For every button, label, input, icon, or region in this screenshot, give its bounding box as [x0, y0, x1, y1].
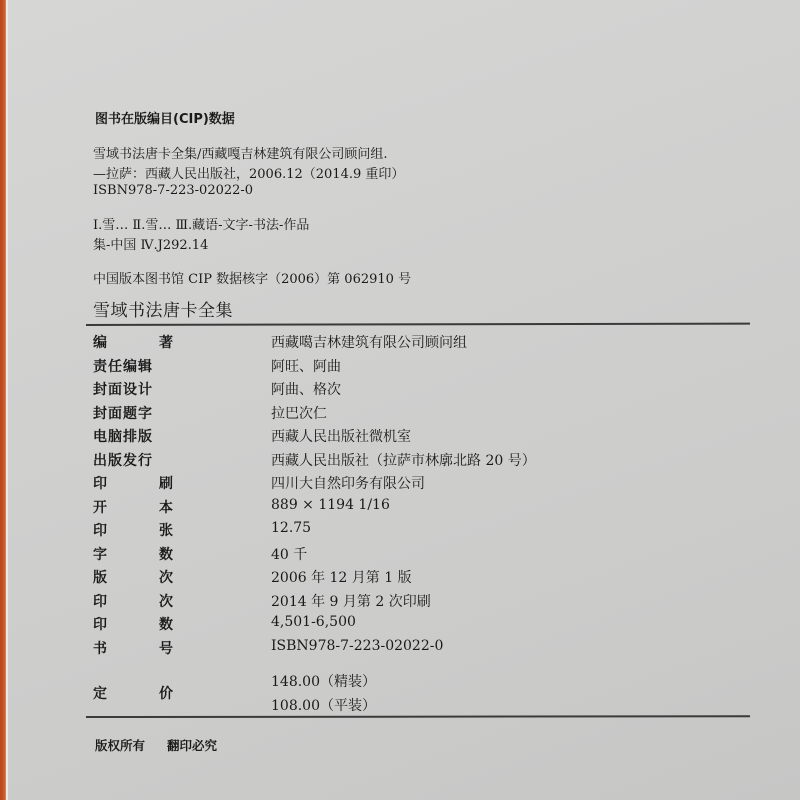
- detail-label: 封面设计: [93, 379, 173, 399]
- detail-label-text: 责任编辑: [93, 356, 153, 376]
- detail-value: 西藏噶吉林建筑有限公司顾问组: [271, 332, 467, 352]
- detail-label: 出版发行: [93, 450, 173, 470]
- price-label-char: 定: [93, 683, 107, 703]
- detail-label-text: 电脑排版: [93, 426, 153, 446]
- detail-value: 阿曲、格次: [271, 379, 341, 399]
- cip-line-subjects: Ⅰ.雪… Ⅱ.雪… Ⅲ.藏语-文字-书法-作品: [93, 214, 309, 233]
- detail-label: 编著: [93, 332, 173, 352]
- detail-value: 2006 年 12 月第 1 版: [271, 567, 412, 587]
- cip-number: 中国版本图书馆 CIP 数据核字（2006）第 062910 号: [93, 268, 411, 287]
- cip-header: 图书在版编目(CIP)数据: [95, 108, 235, 127]
- detail-label-text: 封面设计: [93, 379, 153, 399]
- detail-label: 字数: [93, 544, 173, 564]
- copyright-notice: 版权所有翻印必究: [95, 736, 217, 754]
- detail-label-text: 印: [93, 520, 107, 540]
- copyright-reserved: 版权所有: [95, 738, 145, 753]
- detail-label-text: 出版发行: [93, 450, 153, 470]
- page-edge-highlight: [6, 0, 8, 800]
- detail-label: 印次: [93, 591, 173, 611]
- book-title: 雪域书法唐卡全集: [93, 296, 233, 321]
- price-paperback: 108.00（平装）: [271, 695, 376, 715]
- table-top-rule: [86, 323, 750, 326]
- cip-line-classification: 集-中国 Ⅳ.J292.14: [93, 234, 208, 253]
- detail-label: 版次: [93, 567, 173, 587]
- detail-label-text: 开: [93, 497, 107, 517]
- detail-label: 书号: [93, 638, 173, 658]
- detail-label: 责任编辑: [93, 356, 173, 376]
- detail-label-text: 著: [159, 332, 173, 352]
- detail-label-text: 印: [93, 614, 107, 634]
- cip-line-title: 雪域书法唐卡全集/西藏嘎吉林建筑有限公司顾问组.: [93, 143, 388, 162]
- detail-value: 4,501-6,500: [271, 614, 356, 630]
- detail-label: 封面题字: [93, 403, 173, 423]
- price-label: 定 价: [93, 683, 173, 703]
- copyright-no-reprint: 翻印必究: [167, 738, 217, 753]
- detail-label-text: 刷: [159, 473, 173, 493]
- detail-label: 电脑排版: [93, 426, 173, 446]
- table-bottom-rule: [86, 715, 750, 717]
- detail-value: 889 × 1194 1/16: [271, 497, 390, 513]
- detail-label-text: 封面题字: [93, 403, 153, 423]
- detail-label-text: 印: [93, 591, 107, 611]
- price-hardcover: 148.00（精装）: [271, 671, 376, 691]
- detail-value: 12.75: [271, 520, 311, 536]
- copyright-page: 图书在版编目(CIP)数据 雪域书法唐卡全集/西藏嘎吉林建筑有限公司顾问组. —…: [0, 0, 800, 800]
- detail-label-text: 数: [159, 614, 173, 634]
- price-label-char: 价: [159, 683, 173, 703]
- detail-label-text: 号: [159, 638, 173, 658]
- detail-value: 阿旺、阿曲: [271, 356, 341, 376]
- detail-label-text: 张: [159, 520, 173, 540]
- detail-label: 印张: [93, 520, 173, 540]
- detail-label: 印数: [93, 614, 173, 634]
- detail-value: ISBN978-7-223-02022-0: [271, 638, 443, 654]
- detail-value: 40 千: [271, 544, 307, 564]
- detail-label-text: 字: [93, 544, 107, 564]
- detail-label: 印刷: [93, 473, 173, 493]
- detail-label: 开本: [93, 497, 173, 517]
- detail-label-text: 书: [93, 638, 107, 658]
- cip-line-publisher: —拉萨：西藏人民出版社，2006.12（2014.9 重印）: [93, 163, 404, 182]
- detail-value: 四川大自然印务有限公司: [271, 473, 425, 493]
- cip-line-isbn: ISBN978-7-223-02022-0: [93, 183, 253, 198]
- detail-value: 西藏人民出版社微机室: [271, 426, 411, 446]
- detail-label-text: 次: [159, 567, 173, 587]
- detail-label-text: 编: [93, 332, 107, 352]
- detail-label-text: 版: [93, 567, 107, 587]
- detail-label-text: 次: [159, 591, 173, 611]
- detail-label-text: 本: [159, 497, 173, 517]
- detail-label-text: 数: [159, 544, 173, 564]
- detail-value: 西藏人民出版社（拉萨市林廓北路 20 号）: [271, 450, 536, 470]
- detail-value: 2014 年 9 月第 2 次印刷: [271, 591, 431, 611]
- detail-label-text: 印: [93, 473, 107, 493]
- detail-value: 拉巴次仁: [271, 403, 327, 423]
